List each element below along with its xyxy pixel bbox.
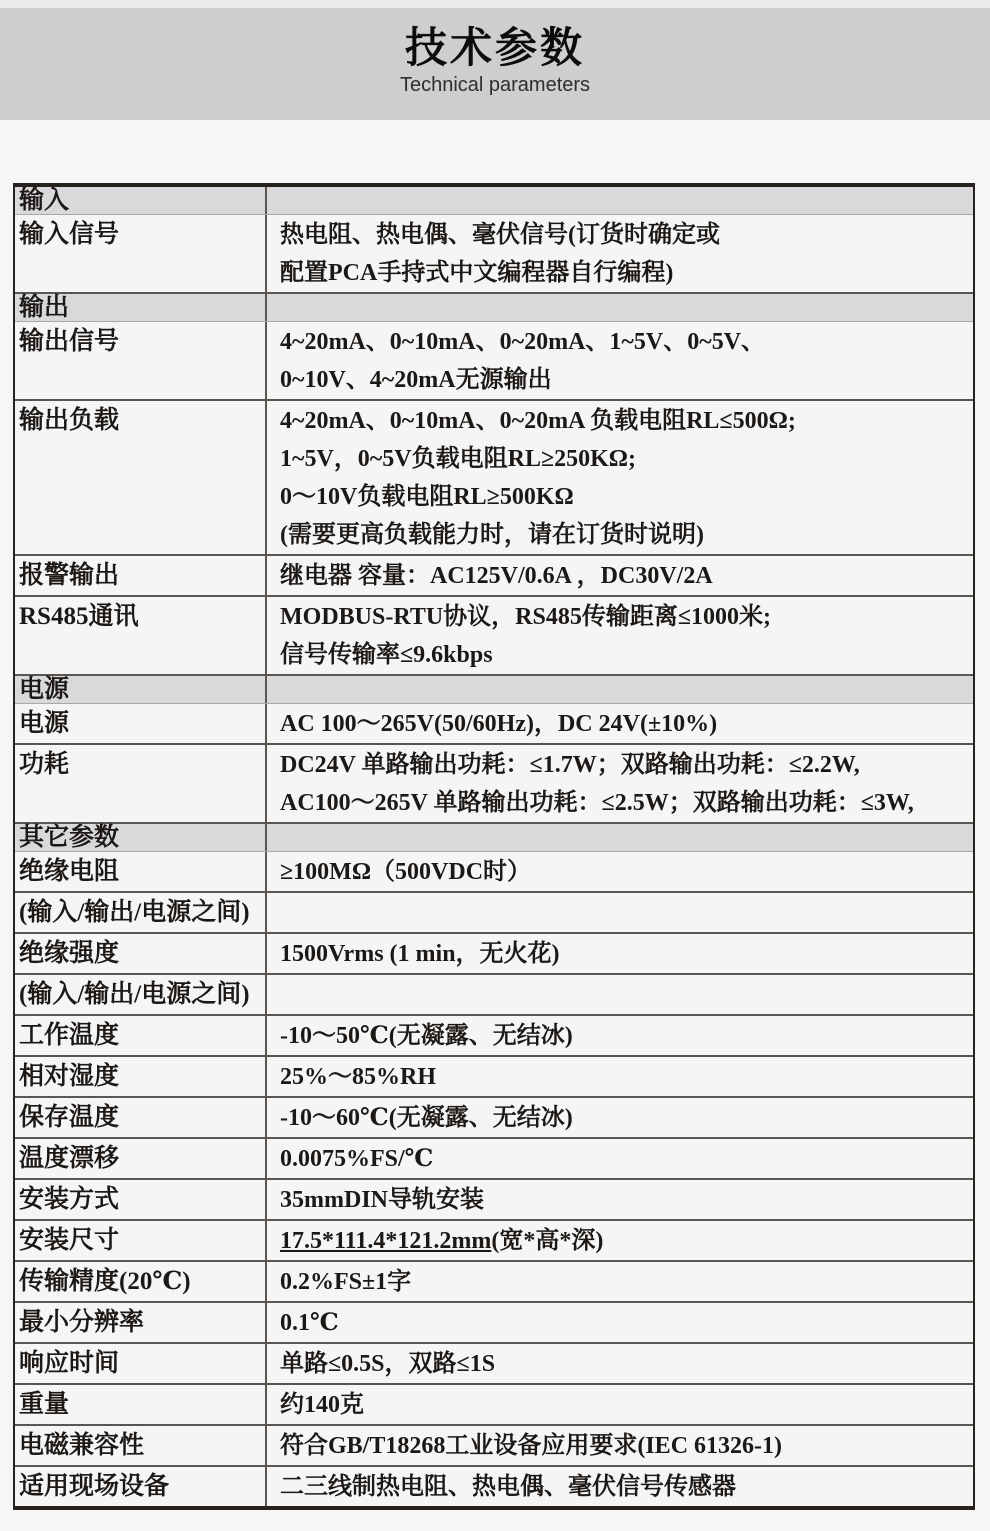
param-label: RS485通讯 — [15, 597, 267, 674]
plain-text: (宽*高*深) — [491, 1228, 603, 1254]
param-value — [267, 676, 973, 703]
param-value-line: 35mmDIN导轨安装 — [280, 1181, 969, 1219]
param-label: 电磁兼容性 — [15, 1426, 267, 1465]
table-row: RS485通讯MODBUS-RTU协议，RS485传输距离≤1000米;信号传输… — [15, 597, 973, 676]
param-value-line: -10～50℃(无凝露、无结冰) — [280, 1017, 969, 1055]
param-value-line: (需要更高负载能力时，请在订货时说明) — [280, 516, 969, 554]
section-title: 其它参数 — [15, 824, 267, 851]
param-value: 0.0075%FS/℃ — [267, 1139, 973, 1178]
table-row: 绝缘强度1500Vrms (1 min，无火花) — [15, 934, 973, 975]
section-header-row: 输出 — [15, 294, 973, 322]
param-value: 35mmDIN导轨安装 — [267, 1180, 973, 1219]
param-label: 绝缘强度 — [15, 934, 267, 973]
table-row: 传输精度(20℃)0.2%FS±1字 — [15, 1262, 973, 1303]
param-label: 输入信号 — [15, 215, 267, 292]
table-row: (输入/输出/电源之间) — [15, 893, 973, 934]
param-value: 符合GB/T18268工业设备应用要求(IEC 61326-1) — [267, 1426, 973, 1465]
param-value — [267, 187, 973, 214]
param-value-line: 0～10V负载电阻RL≥500KΩ — [280, 478, 969, 516]
param-value-line: 二三线制热电阻、热电偶、毫伏信号传感器 — [280, 1468, 969, 1506]
param-label: 工作温度 — [15, 1016, 267, 1055]
table-row: 工作温度-10～50℃(无凝露、无结冰) — [15, 1016, 973, 1057]
param-value — [267, 294, 973, 321]
param-label: 保存温度 — [15, 1098, 267, 1137]
param-value-line: 1~5V，0~5V负载电阻RL≥250KΩ; — [280, 440, 969, 478]
param-label: (输入/输出/电源之间) — [15, 893, 267, 932]
param-value: -10～50℃(无凝露、无结冰) — [267, 1016, 973, 1055]
param-value: 25%～85%RH — [267, 1057, 973, 1096]
section-title: 电源 — [15, 676, 267, 703]
param-label: 传输精度(20℃) — [15, 1262, 267, 1301]
param-label: 响应时间 — [15, 1344, 267, 1383]
param-value-line: 约140克 — [280, 1386, 969, 1424]
param-value-line: 信号传输率≤9.6kbps — [280, 636, 969, 674]
param-value-line: 4~20mA、0~10mA、0~20mA 负载电阻RL≤500Ω; — [280, 402, 969, 440]
section-title: 输入 — [15, 187, 267, 214]
table-row: 输出信号4~20mA、0~10mA、0~20mA、1~5V、0~5V、0~10V… — [15, 322, 973, 401]
table-row: 输出负载4~20mA、0~10mA、0~20mA 负载电阻RL≤500Ω;1~5… — [15, 401, 973, 556]
table-row: 输入信号热电阻、热电偶、毫伏信号(订货时确定或配置PCA手持式中文编程器自行编程… — [15, 215, 973, 294]
param-label: 最小分辨率 — [15, 1303, 267, 1342]
param-label: 输出负载 — [15, 401, 267, 554]
table-row: 重量约140克 — [15, 1385, 973, 1426]
param-label: 安装方式 — [15, 1180, 267, 1219]
param-value-line: 热电阻、热电偶、毫伏信号(订货时确定或 — [280, 216, 969, 254]
param-value-line: 继电器 容量：AC125V/0.6A ，DC30V/2A — [280, 557, 969, 595]
section-title: 输出 — [15, 294, 267, 321]
table-row: 功耗DC24V 单路输出功耗：≤1.7W；双路输出功耗：≤2.2W,AC100～… — [15, 745, 973, 824]
param-value: 二三线制热电阻、热电偶、毫伏信号传感器 — [267, 1467, 973, 1506]
page-header: 技术参数 Technical parameters — [0, 8, 990, 120]
param-label: (输入/输出/电源之间) — [15, 975, 267, 1014]
param-label: 相对湿度 — [15, 1057, 267, 1096]
param-value-line: 1500Vrms (1 min，无火花) — [280, 935, 969, 973]
param-value: 热电阻、热电偶、毫伏信号(订货时确定或配置PCA手持式中文编程器自行编程) — [267, 215, 973, 292]
page-subtitle: Technical parameters — [0, 72, 990, 98]
param-value — [267, 975, 973, 1014]
param-value-line: ≥100MΩ（500VDC时） — [280, 853, 969, 891]
table-row: 绝缘电阻≥100MΩ（500VDC时） — [15, 852, 973, 893]
param-label: 安装尺寸 — [15, 1221, 267, 1260]
param-value-line: 4~20mA、0~10mA、0~20mA、1~5V、0~5V、 — [280, 323, 969, 361]
param-label: 重量 — [15, 1385, 267, 1424]
param-value-line: 配置PCA手持式中文编程器自行编程) — [280, 254, 969, 292]
param-value-line: 25%～85%RH — [280, 1058, 969, 1096]
param-value: -10～60℃(无凝露、无结冰) — [267, 1098, 973, 1137]
table-row: 安装尺寸17.5*111.4*121.2mm(宽*高*深) — [15, 1221, 973, 1262]
param-value: 17.5*111.4*121.2mm(宽*高*深) — [267, 1221, 973, 1260]
param-value-line: 0~10V、4~20mA无源输出 — [280, 361, 969, 399]
table-row: 温度漂移0.0075%FS/℃ — [15, 1139, 973, 1180]
param-label: 绝缘电阻 — [15, 852, 267, 891]
table-row: 最小分辨率0.1℃ — [15, 1303, 973, 1344]
param-value: 4~20mA、0~10mA、0~20mA 负载电阻RL≤500Ω;1~5V，0~… — [267, 401, 973, 554]
param-value-line: DC24V 单路输出功耗：≤1.7W；双路输出功耗：≤2.2W, — [280, 746, 969, 784]
param-value-line: 符合GB/T18268工业设备应用要求(IEC 61326-1) — [280, 1427, 969, 1465]
param-value: 0.2%FS±1字 — [267, 1262, 973, 1301]
param-label: 功耗 — [15, 745, 267, 822]
table-row: 报警输出继电器 容量：AC125V/0.6A ，DC30V/2A — [15, 556, 973, 597]
table-row: 适用现场设备二三线制热电阻、热电偶、毫伏信号传感器 — [15, 1467, 973, 1506]
top-strip — [0, 0, 990, 8]
param-value: 1500Vrms (1 min，无火花) — [267, 934, 973, 973]
table-row: 安装方式35mmDIN导轨安装 — [15, 1180, 973, 1221]
param-label: 报警输出 — [15, 556, 267, 595]
param-label: 适用现场设备 — [15, 1467, 267, 1506]
param-label: 输出信号 — [15, 322, 267, 399]
param-value: DC24V 单路输出功耗：≤1.7W；双路输出功耗：≤2.2W,AC100～26… — [267, 745, 973, 822]
param-label: 电源 — [15, 704, 267, 743]
param-value — [267, 893, 973, 932]
param-value-line: MODBUS-RTU协议，RS485传输距离≤1000米; — [280, 598, 969, 636]
param-value-line: 17.5*111.4*121.2mm(宽*高*深) — [280, 1222, 969, 1260]
page-title: 技术参数 — [0, 8, 990, 72]
param-value-line: 0.1℃ — [280, 1304, 969, 1342]
param-value: ≥100MΩ（500VDC时） — [267, 852, 973, 891]
param-value — [267, 824, 973, 851]
param-value: MODBUS-RTU协议，RS485传输距离≤1000米;信号传输率≤9.6kb… — [267, 597, 973, 674]
table-row: 相对湿度25%～85%RH — [15, 1057, 973, 1098]
table-row: 电磁兼容性符合GB/T18268工业设备应用要求(IEC 61326-1) — [15, 1426, 973, 1467]
param-value: AC 100～265V(50/60Hz)，DC 24V(±10%) — [267, 704, 973, 743]
section-header-row: 电源 — [15, 676, 973, 704]
table-row: (输入/输出/电源之间) — [15, 975, 973, 1016]
param-value-line: 0.2%FS±1字 — [280, 1263, 969, 1301]
param-value: 约140克 — [267, 1385, 973, 1424]
param-value: 4~20mA、0~10mA、0~20mA、1~5V、0~5V、0~10V、4~2… — [267, 322, 973, 399]
table-row: 保存温度-10～60℃(无凝露、无结冰) — [15, 1098, 973, 1139]
param-value-line: 单路≤0.5S，双路≤1S — [280, 1345, 969, 1383]
param-value-line: 0.0075%FS/℃ — [280, 1140, 969, 1178]
section-header-row: 输入 — [15, 187, 973, 215]
param-value: 继电器 容量：AC125V/0.6A ，DC30V/2A — [267, 556, 973, 595]
table-row: 响应时间单路≤0.5S，双路≤1S — [15, 1344, 973, 1385]
param-value-line: AC 100～265V(50/60Hz)，DC 24V(±10%) — [280, 705, 969, 743]
param-value: 单路≤0.5S，双路≤1S — [267, 1344, 973, 1383]
table-row: 电源AC 100～265V(50/60Hz)，DC 24V(±10%) — [15, 704, 973, 745]
param-label: 温度漂移 — [15, 1139, 267, 1178]
section-header-row: 其它参数 — [15, 824, 973, 852]
param-value-line: AC100～265V 单路输出功耗：≤2.5W；双路输出功耗：≤3W, — [280, 784, 969, 822]
underlined-text: 17.5*111.4*121.2mm — [280, 1228, 491, 1254]
param-value-line: -10～60℃(无凝露、无结冰) — [280, 1099, 969, 1137]
spec-table: 输入输入信号热电阻、热电偶、毫伏信号(订货时确定或配置PCA手持式中文编程器自行… — [13, 183, 975, 1510]
param-value: 0.1℃ — [267, 1303, 973, 1342]
